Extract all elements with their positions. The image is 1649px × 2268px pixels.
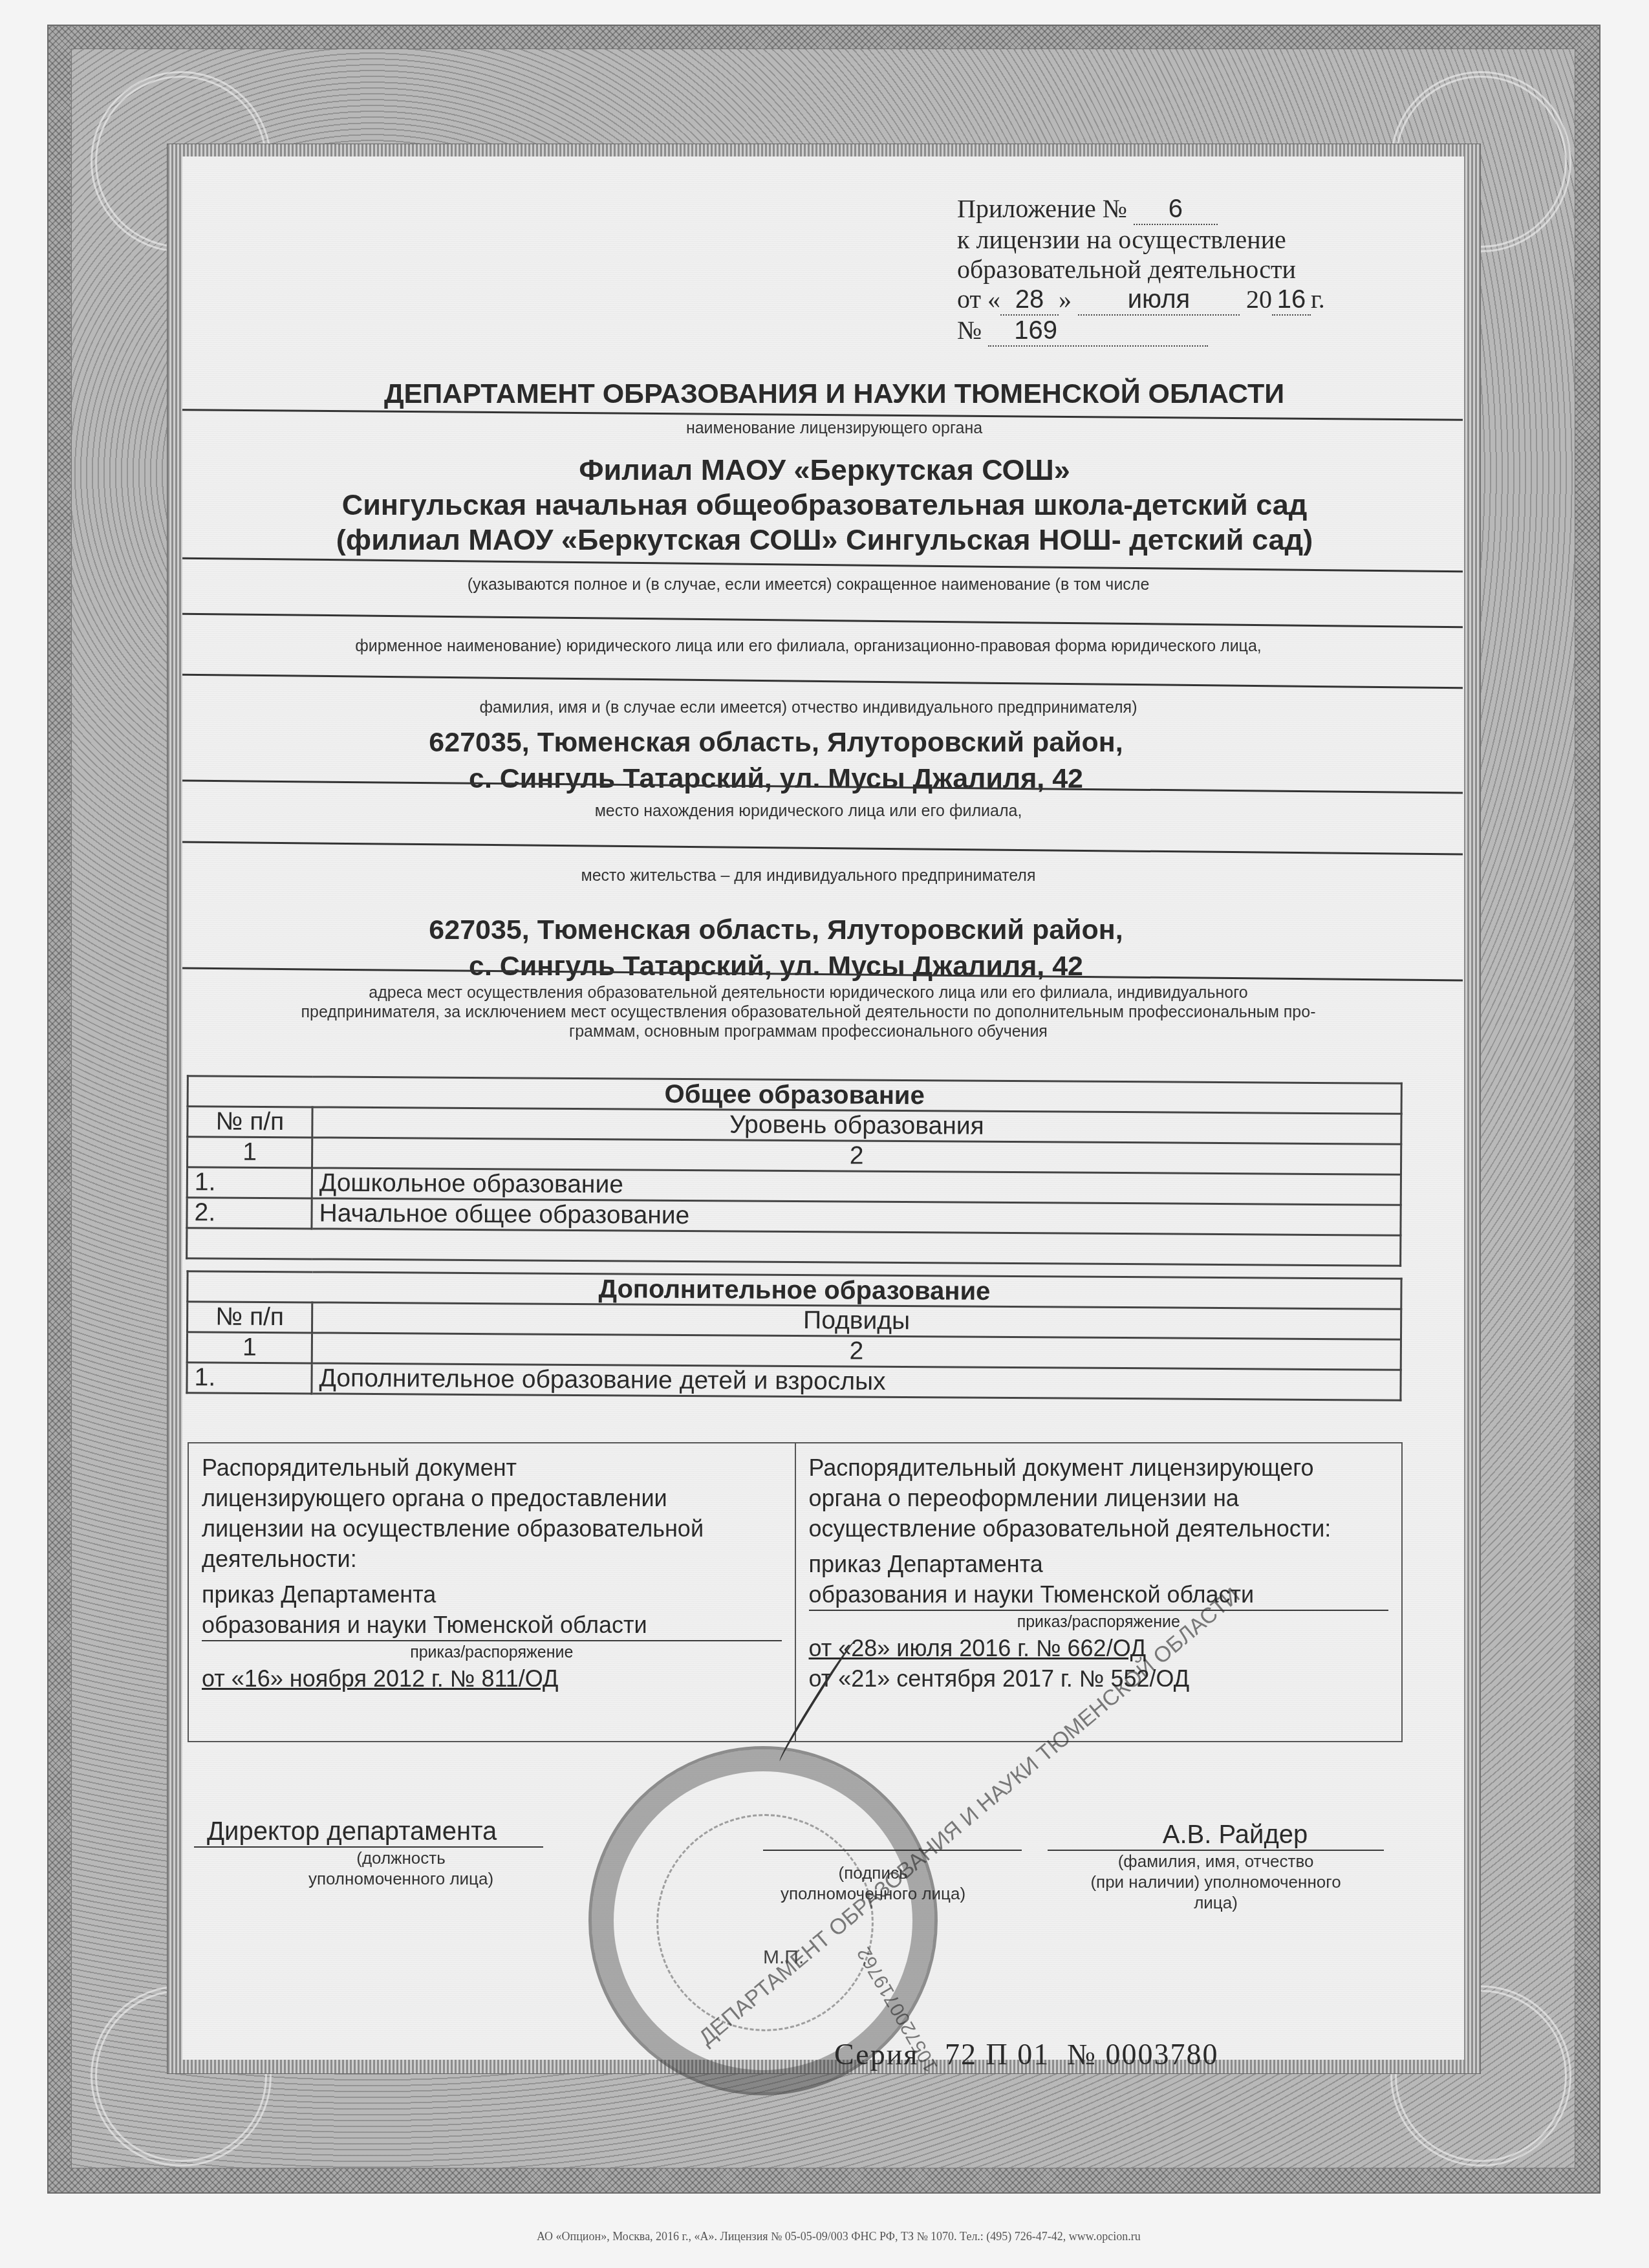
series-number: 0003780 (1106, 2038, 1219, 2071)
position-caption1: (должность (194, 1848, 543, 1868)
name-caption1: (фамилия, имя, отчество (1048, 1851, 1384, 1872)
additional-education-table: Дополнительное образование № п/п Подвиды… (186, 1270, 1402, 1401)
col-num-index: 1 (187, 1332, 312, 1363)
sign-caption2: уполномоченного лица) (711, 1883, 1035, 1904)
name-caption3: лица) (1048, 1892, 1384, 1913)
appendix-header: Приложение № 6 к лицензии на осуществлен… (957, 194, 1325, 347)
grant-body2: образования и науки Тюменской области (202, 1610, 782, 1641)
sign-caption1: (подпись (711, 1863, 1035, 1883)
divider (182, 613, 1463, 629)
grant-heading: Распорядительный документ лицензирующего… (202, 1453, 706, 1574)
activity-caption2: предпринимателя, за исключением мест осу… (194, 1002, 1423, 1022)
education-subtype: Дополнительное образование детей и взрос… (312, 1363, 1401, 1400)
col-num-index: 1 (188, 1137, 312, 1168)
signer-position: Директор департамента (194, 1817, 543, 1848)
signer-name-block: А.В. Райдер (фамилия, имя, отчество (при… (1048, 1820, 1384, 1913)
series-code: 72 П 01 (945, 2038, 1050, 2071)
signer-name: А.В. Райдер (1048, 1820, 1384, 1851)
licensee-caption2: фирменное наименование) юридического лиц… (194, 637, 1423, 656)
signer-position-block: Директор департамента (должность уполном… (194, 1817, 543, 1889)
licensee-name: Филиал МАОУ «Беркутская СОШ» Сингульская… (252, 453, 1397, 557)
licensing-authority-name: ДЕПАРТАМЕНТ ОБРАЗОВАНИЯ И НАУКИ ТЮМЕНСКО… (285, 378, 1384, 410)
grant-body1: приказ Департамента (202, 1579, 782, 1610)
reissue-heading: Распорядительный документ лицензирующего… (809, 1453, 1378, 1544)
series-no-label: № (1067, 2038, 1097, 2071)
licensee-caption3: фамилия, имя и (в случае если имеется) о… (194, 698, 1423, 717)
appendix-line2: образовательной деятельности (957, 255, 1325, 285)
col-num-header: № п/п (188, 1302, 312, 1333)
divider (182, 674, 1463, 689)
appendix-number: 6 (1134, 194, 1218, 225)
licensee-caption1: (указываются полное и (в случае, если им… (194, 576, 1423, 594)
appendix-line1: к лицензии на осуществление (957, 225, 1325, 255)
divider (182, 557, 1463, 573)
licensee-line3: (филиал МАОУ «Беркутская СОШ» Сингульска… (252, 523, 1397, 557)
license-appendix-document: Приложение № 6 к лицензии на осуществлен… (0, 0, 1649, 2268)
activity-caption: адреса мест осуществления образовательно… (194, 983, 1423, 1041)
appendix-year: 16 (1272, 285, 1311, 316)
position-caption2: уполномоченного лица) (194, 1868, 543, 1889)
table-row: 1. Дополнительное образование детей и вз… (187, 1363, 1401, 1400)
year-unit: г. (1311, 285, 1325, 314)
licensee-line2: Сингульская начальная общеобразовательна… (252, 488, 1397, 523)
row-number: 1. (187, 1363, 312, 1394)
appendix-label: Приложение № (957, 194, 1127, 223)
seal-place-label: М.П. (763, 1947, 804, 1969)
signature-caption: (подпись уполномоченного лица) (711, 1863, 1035, 1904)
form-series-number: Серия 72 П 01 № 0003780 (834, 2037, 1219, 2071)
grant-order: от «16» ноября 2012 г. № 811/ОД (202, 1663, 782, 1694)
activity-caption1: адреса мест осуществления образовательно… (194, 983, 1423, 1002)
location-caption1: место нахождения юридического лица или е… (194, 802, 1423, 821)
year-prefix: 20 (1246, 285, 1272, 314)
divider (182, 841, 1463, 855)
general-education-table: Общее образование № п/п Уровень образова… (186, 1075, 1403, 1266)
appendix-day: 28 (1000, 285, 1059, 316)
licensee-line1: Филиал МАОУ «Беркутская СОШ» (252, 453, 1397, 488)
col-num-header: № п/п (188, 1107, 312, 1138)
grant-caption: приказ/распоряжение (202, 1641, 782, 1663)
row-number: 1. (187, 1167, 312, 1198)
row-number: 2. (187, 1198, 312, 1229)
date-mid: » (1059, 285, 1072, 314)
date-prefix: от « (957, 285, 1000, 314)
appendix-month: июля (1078, 285, 1240, 316)
location-caption2: место жительства – для индивидуального п… (194, 867, 1423, 885)
name-caption2: (при наличии) уполномоченного (1048, 1872, 1384, 1892)
activity-caption3: граммам, основным программам профессиона… (194, 1022, 1423, 1041)
series-label: Серия (834, 2038, 918, 2071)
reissue-order-1: от «28» июля 2016 г. № 662/ОД (809, 1633, 1389, 1663)
reissue-order-2: от «21» сентября 2017 г. № 552/ОД (809, 1663, 1389, 1694)
reissue-body2: образования и науки Тюменской области (809, 1579, 1389, 1611)
license-no-label: № (957, 316, 982, 345)
licensing-authority-caption: наименование лицензирующего органа (285, 419, 1384, 438)
activity-line1: 627035, Тюменская область, Ялуторовский … (323, 912, 1229, 948)
printer-imprint: АО «Опцион», Москва, 2016 г., «А». Лицен… (537, 2230, 1141, 2243)
license-number: 169 (988, 316, 1208, 347)
grant-document: Распорядительный документ лицензирующего… (189, 1443, 795, 1741)
reissue-body1: приказ Департамента (809, 1549, 1389, 1579)
activity-line2: с. Сингуль Татарский, ул. Мусы Джалиля, … (323, 948, 1229, 984)
reissue-caption: приказ/распоряжение (809, 1611, 1389, 1633)
location-line2: с. Сингуль Татарский, ул. Мусы Джалиля, … (323, 761, 1229, 797)
signature-line (763, 1850, 1022, 1851)
location-line1: 627035, Тюменская область, Ялуторовский … (323, 724, 1229, 761)
